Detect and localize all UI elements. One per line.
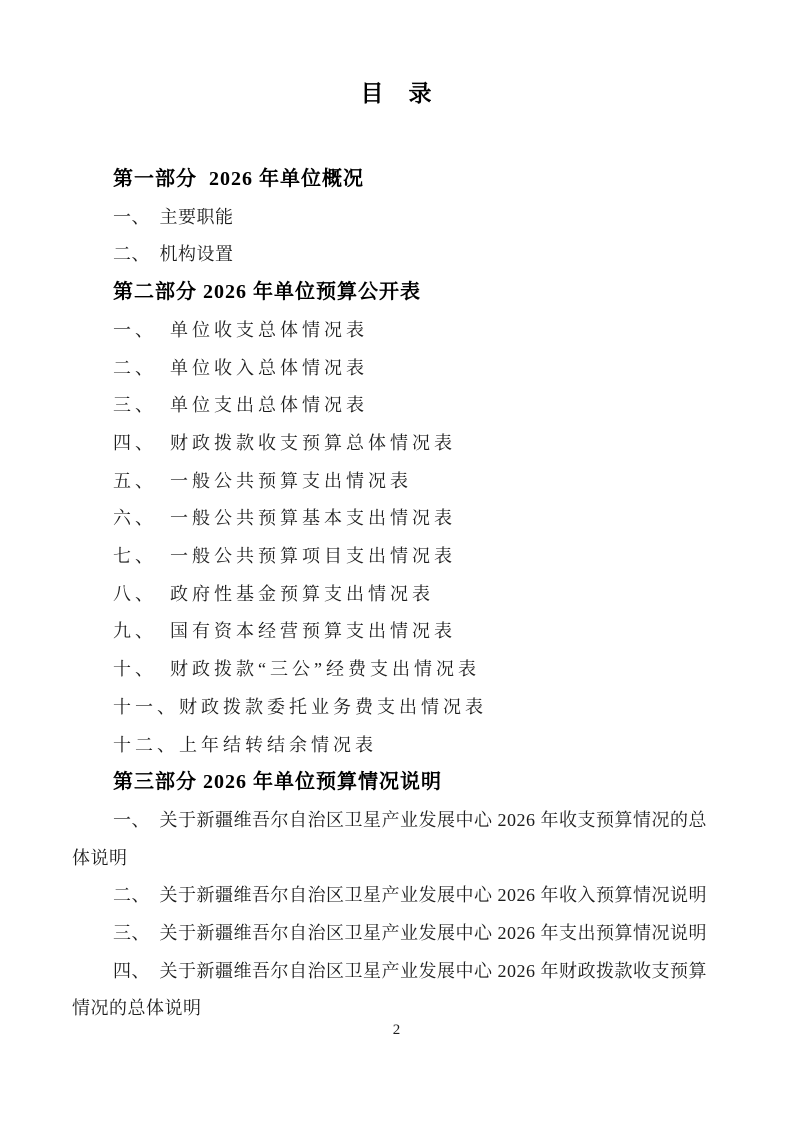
toc-entry-part2-9: 九、 国有资本经营预算支出情况表 — [72, 613, 722, 651]
toc-entry-part2-3: 三、 单位支出总体情况表 — [72, 387, 722, 425]
toc-entry-part3-3: 三、 关于新疆维吾尔自治区卫星产业发展中心 2026 年支出预算情况说明 — [72, 915, 722, 953]
page-number: 2 — [0, 1021, 793, 1039]
toc-entry-part2-2: 二、 单位收入总体情况表 — [72, 350, 722, 388]
toc-entry-part2-10: 十、 财政拨款“三公”经费支出情况表 — [72, 651, 722, 689]
toc-entry-part2-8: 八、 政府性基金预算支出情况表 — [72, 576, 722, 614]
section-heading-part1: 第一部分 2026 年单位概况 — [72, 161, 722, 199]
toc-entry-part2-6: 六、 一般公共预算基本支出情况表 — [72, 500, 722, 538]
toc-title: 目 录 — [0, 79, 793, 109]
toc-entry-part2-12: 十二、上年结转结余情况表 — [72, 727, 722, 765]
toc-entry-part2-5: 五、 一般公共预算支出情况表 — [72, 463, 722, 501]
toc-entry-part3-4: 四、 关于新疆维吾尔自治区卫星产业发展中心 2026 年财政拨款收支预算情况的总… — [72, 953, 722, 1028]
section-heading-part3: 第三部分 2026 年单位预算情况说明 — [72, 764, 722, 802]
toc-entry-part2-4: 四、 财政拨款收支预算总体情况表 — [72, 425, 722, 463]
toc-entry-part2-7: 七、 一般公共预算项目支出情况表 — [72, 538, 722, 576]
toc-entry-part3-2: 二、 关于新疆维吾尔自治区卫星产业发展中心 2026 年收入预算情况说明 — [72, 877, 722, 915]
toc-entry-part3-1: 一、 关于新疆维吾尔自治区卫星产业发展中心 2026 年收支预算情况的总体说明 — [72, 802, 722, 877]
toc-body: 第一部分 2026 年单位概况 一、 主要职能 二、 机构设置 第二部分 202… — [72, 161, 722, 1028]
toc-entry-part2-11: 十一、财政拨款委托业务费支出情况表 — [72, 689, 722, 727]
toc-entry-part1-1: 一、 主要职能 — [72, 199, 722, 237]
document-page: 目 录 第一部分 2026 年单位概况 一、 主要职能 二、 机构设置 第二部分… — [0, 0, 793, 1122]
toc-entry-part2-1: 一、 单位收支总体情况表 — [72, 312, 722, 350]
toc-entry-part1-2: 二、 机构设置 — [72, 236, 722, 274]
section-heading-part2: 第二部分 2026 年单位预算公开表 — [72, 274, 722, 312]
